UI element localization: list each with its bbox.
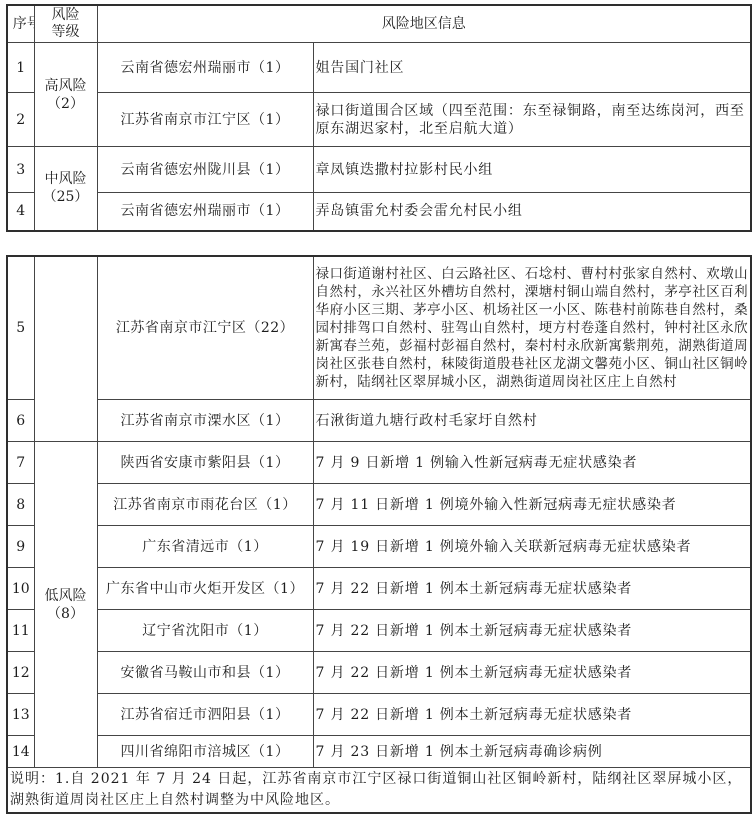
info-cell: 禄口街道谢村社区、白云路社区、石埝村、曹村村张家自然村、欢墩山自然村，永兴社区外… bbox=[313, 256, 751, 400]
table-row: 1 高风险（2） 云南省德宏州瑞丽市（1） 姐告国门社区 bbox=[7, 43, 751, 93]
seq-cell: 12 bbox=[7, 652, 34, 694]
header-risk-level: 风险等级 bbox=[34, 5, 97, 43]
info-cell: 7 月 22 日新增 1 例本土新冠病毒无症状感染者 bbox=[313, 652, 751, 694]
seq-cell: 10 bbox=[7, 568, 34, 610]
info-cell: 禄口街道围合区域（四至范围：东至禄铜路，南至达练岗河，西至原东湖迟家村，北至启航… bbox=[313, 93, 751, 147]
risk-area-document: 序号 风险等级 风险地区信息 1 高风险（2） 云南省德宏州瑞丽市（1） 姐告国… bbox=[0, 0, 753, 814]
seq-cell: 14 bbox=[7, 736, 34, 768]
note-cell: 说明：1.自 2021 年 7 月 24 日起，江苏省南京市江宁区禄口街道铜山社… bbox=[7, 768, 751, 814]
seq-cell: 5 bbox=[7, 256, 34, 400]
region-cell: 江苏省南京市江宁区（1） bbox=[97, 93, 313, 147]
table-row: 5 江苏省南京市江宁区（22） 禄口街道谢村社区、白云路社区、石埝村、曹村村张家… bbox=[7, 256, 751, 400]
seq-cell: 11 bbox=[7, 610, 34, 652]
info-cell: 7 月 22 日新增 1 例本土新冠病毒无症状感染者 bbox=[313, 610, 751, 652]
table-row: 3 中风险（25） 云南省德宏州陇川县（1） 章凤镇迭撒村拉影村民小组 bbox=[7, 147, 751, 193]
region-cell: 江苏省南京市雨花台区（1） bbox=[97, 484, 313, 526]
table-row: 2 江苏省南京市江宁区（1） 禄口街道围合区域（四至范围：东至禄铜路，南至达练岗… bbox=[7, 93, 751, 147]
region-cell: 云南省德宏州瑞丽市（1） bbox=[97, 43, 313, 93]
table-row: 8 江苏省南京市雨花台区（1） 7 月 11 日新增 1 例境外输入性新冠病毒无… bbox=[7, 484, 751, 526]
table-row: 7 低风险（8） 陕西省安康市紫阳县（1） 7 月 9 日新增 1 例输入性新冠… bbox=[7, 442, 751, 484]
info-cell: 石湫街道九塘行政村毛家圩自然村 bbox=[313, 400, 751, 442]
risk-table-lower: 5 江苏省南京市江宁区（22） 禄口街道谢村社区、白云路社区、石埝村、曹村村张家… bbox=[6, 255, 752, 815]
seq-cell: 7 bbox=[7, 442, 34, 484]
region-cell: 广东省中山市火炬开发区（1） bbox=[97, 568, 313, 610]
table-row: 4 云南省德宏州瑞丽市（1） 弄岛镇雷允村委会雷允村民小组 bbox=[7, 193, 751, 231]
seq-cell: 9 bbox=[7, 526, 34, 568]
table-row: 14 四川省绵阳市涪城区（1） 7 月 23 日新增 1 例本土新冠病毒确诊病例 bbox=[7, 736, 751, 768]
seq-cell: 2 bbox=[7, 93, 34, 147]
risk-table-upper: 序号 风险等级 风险地区信息 1 高风险（2） 云南省德宏州瑞丽市（1） 姐告国… bbox=[6, 4, 752, 232]
region-cell: 广东省清远市（1） bbox=[97, 526, 313, 568]
table-row: 9 广东省清远市（1） 7 月 19 日新增 1 例境外输入关联新冠病毒无症状感… bbox=[7, 526, 751, 568]
region-cell: 江苏省南京市溧水区（1） bbox=[97, 400, 313, 442]
info-cell: 姐告国门社区 bbox=[313, 43, 751, 93]
region-cell: 江苏省南京市江宁区（22） bbox=[97, 256, 313, 400]
table-row: 10 广东省中山市火炬开发区（1） 7 月 22 日新增 1 例本土新冠病毒无症… bbox=[7, 568, 751, 610]
region-cell: 安徽省马鞍山市和县（1） bbox=[97, 652, 313, 694]
note-row: 说明：1.自 2021 年 7 月 24 日起，江苏省南京市江宁区禄口街道铜山社… bbox=[7, 768, 751, 814]
table-row: 11 辽宁省沈阳市（1） 7 月 22 日新增 1 例本土新冠病毒无症状感染者 bbox=[7, 610, 751, 652]
risk-level-medium-cont-cell bbox=[34, 256, 97, 442]
info-cell: 弄岛镇雷允村委会雷允村民小组 bbox=[313, 193, 751, 231]
risk-level-medium-cell: 中风险（25） bbox=[34, 147, 97, 231]
info-cell: 7 月 22 日新增 1 例本土新冠病毒无症状感染者 bbox=[313, 694, 751, 736]
table-row: 6 江苏省南京市溧水区（1） 石湫街道九塘行政村毛家圩自然村 bbox=[7, 400, 751, 442]
region-cell: 云南省德宏州陇川县（1） bbox=[97, 147, 313, 193]
risk-level-low-cell: 低风险（8） bbox=[34, 442, 97, 768]
header-row: 序号 风险等级 风险地区信息 bbox=[7, 5, 751, 43]
seq-cell: 6 bbox=[7, 400, 34, 442]
header-risk-area-info: 风险地区信息 bbox=[97, 5, 751, 43]
region-cell: 四川省绵阳市涪城区（1） bbox=[97, 736, 313, 768]
info-cell: 7 月 22 日新增 1 例本土新冠病毒无症状感染者 bbox=[313, 568, 751, 610]
info-cell: 7 月 23 日新增 1 例本土新冠病毒确诊病例 bbox=[313, 736, 751, 768]
region-cell: 云南省德宏州瑞丽市（1） bbox=[97, 193, 313, 231]
seq-cell: 13 bbox=[7, 694, 34, 736]
region-cell: 江苏省宿迁市泗阳县（1） bbox=[97, 694, 313, 736]
risk-level-high-cell: 高风险（2） bbox=[34, 43, 97, 147]
seq-cell: 3 bbox=[7, 147, 34, 193]
info-cell: 7 月 19 日新增 1 例境外输入关联新冠病毒无症状感染者 bbox=[313, 526, 751, 568]
seq-cell: 8 bbox=[7, 484, 34, 526]
info-cell: 7 月 11 日新增 1 例境外输入性新冠病毒无症状感染者 bbox=[313, 484, 751, 526]
table-row: 12 安徽省马鞍山市和县（1） 7 月 22 日新增 1 例本土新冠病毒无症状感… bbox=[7, 652, 751, 694]
info-cell: 章凤镇迭撒村拉影村民小组 bbox=[313, 147, 751, 193]
info-cell: 7 月 9 日新增 1 例输入性新冠病毒无症状感染者 bbox=[313, 442, 751, 484]
header-seq: 序号 bbox=[7, 5, 34, 43]
region-cell: 陕西省安康市紫阳县（1） bbox=[97, 442, 313, 484]
region-cell: 辽宁省沈阳市（1） bbox=[97, 610, 313, 652]
seq-cell: 1 bbox=[7, 43, 34, 93]
table-row: 13 江苏省宿迁市泗阳县（1） 7 月 22 日新增 1 例本土新冠病毒无症状感… bbox=[7, 694, 751, 736]
seq-cell: 4 bbox=[7, 193, 34, 231]
